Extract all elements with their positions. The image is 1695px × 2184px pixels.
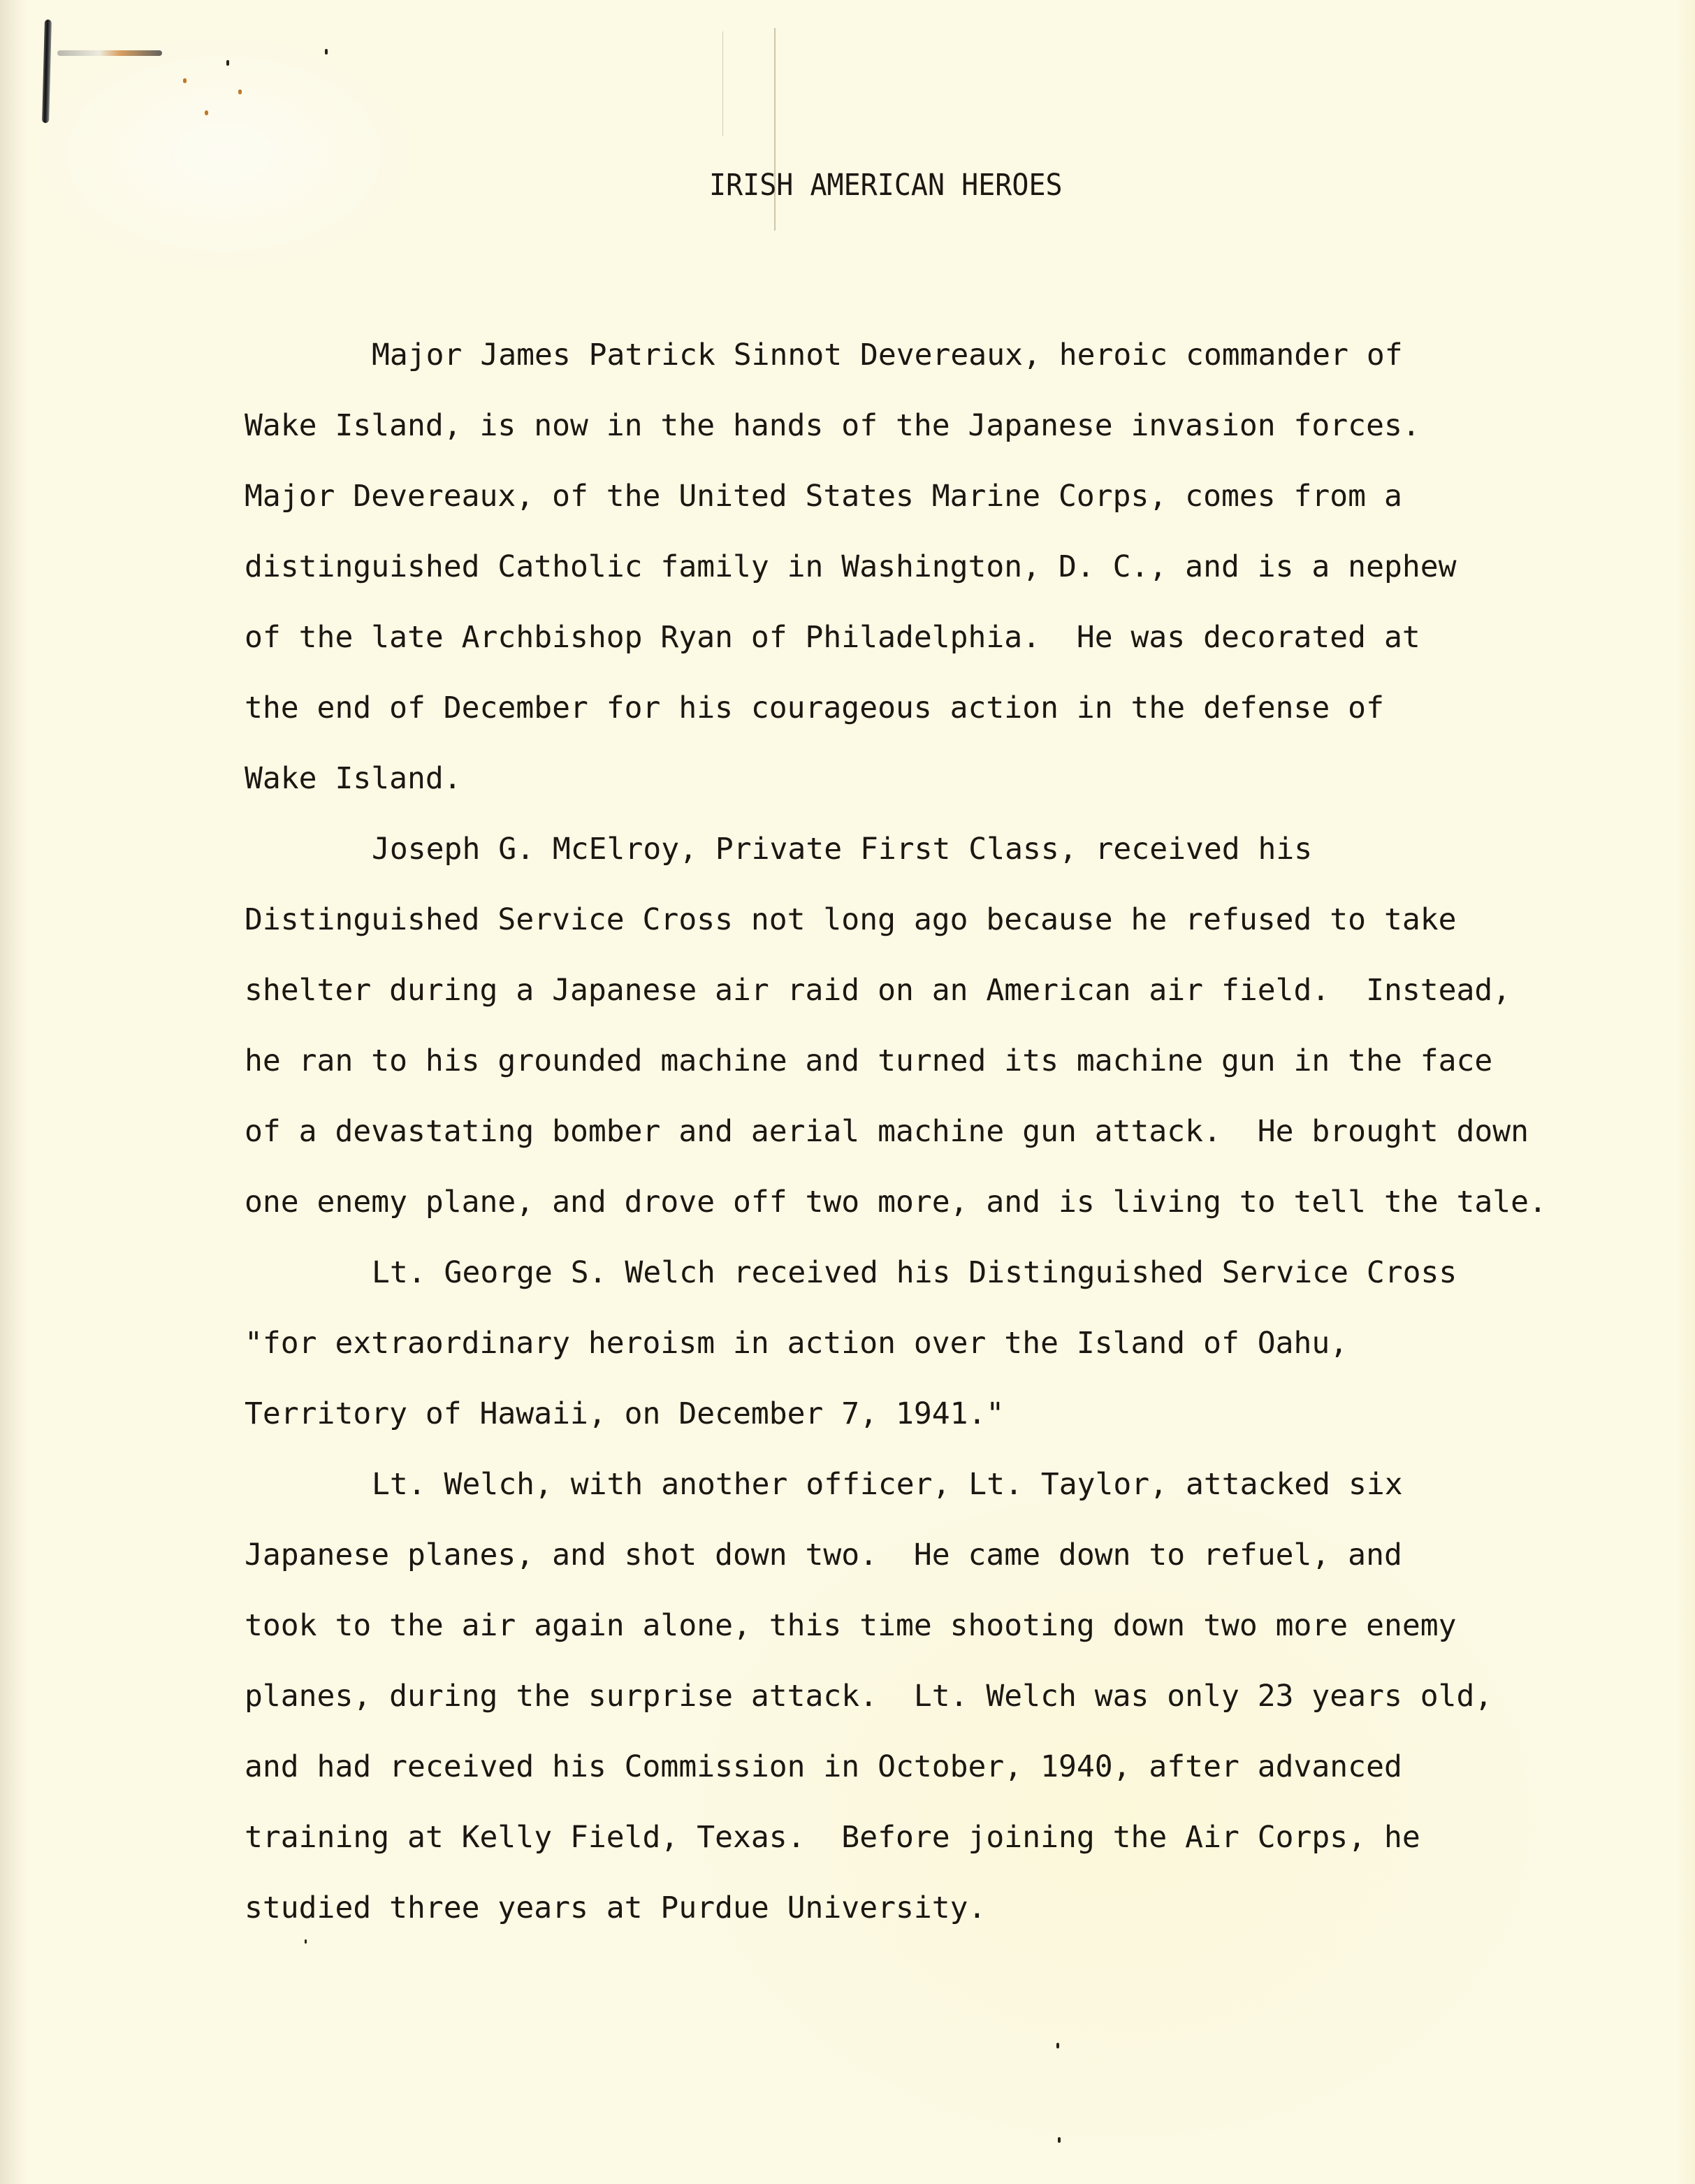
text-line: Lt. Welch, with another officer, Lt. Tay… [245,1463,1607,1534]
staple [42,20,52,123]
text-line: Distinguished Service Cross not long ago… [245,899,1607,969]
staple-hole-mark [57,50,162,56]
text-line: Wake Island. [245,758,1607,828]
rust-spot [205,110,208,115]
text-line: and had received his Commission in Octob… [245,1746,1607,1816]
ink-speck [1056,2043,1059,2048]
text-line: Japanese planes, and shot down two. He c… [245,1534,1607,1605]
text-line: took to the air again alone, this time s… [245,1605,1607,1675]
ink-speck [325,49,328,55]
rust-spot [238,89,242,94]
text-line: Joseph G. McElroy, Private First Class, … [245,828,1607,899]
text-line: planes, during the surprise attack. Lt. … [245,1675,1607,1746]
paragraph-mcelroy: Joseph G. McElroy, Private First Class, … [245,828,1607,1252]
text-line: shelter during a Japanese air raid on an… [245,969,1607,1040]
rust-spot [183,78,187,83]
page-title: IRISH AMERICAN HEROES [709,168,1063,203]
text-line: of a devastating bomber and aerial machi… [245,1111,1607,1181]
text-line: one enemy plane, and drove off two more,… [245,1181,1607,1252]
text-line: Lt. George S. Welch received his Disting… [245,1252,1607,1322]
text-line: Territory of Hawaii, on December 7, 1941… [245,1393,1607,1463]
paragraph-welch-citation: Lt. George S. Welch received his Disting… [245,1252,1607,1463]
text-line: Major Devereaux, of the United States Ma… [245,475,1607,546]
text-line: "for extraordinary heroism in action ove… [245,1322,1607,1393]
paragraph-welch-action: Lt. Welch, with another officer, Lt. Tay… [245,1463,1607,1958]
paper-crease [722,31,723,136]
text-line: of the late Archbishop Ryan of Philadelp… [245,616,1607,687]
text-line: training at Kelly Field, Texas. Before j… [245,1816,1607,1887]
document-body: Major James Patrick Sinnot Devereaux, he… [245,334,1607,1958]
text-line: studied three years at Purdue University… [245,1887,1607,1958]
text-line: Wake Island, is now in the hands of the … [245,405,1607,475]
text-line: Major James Patrick Sinnot Devereaux, he… [245,334,1607,405]
ink-speck [226,60,229,66]
text-line: he ran to his grounded machine and turne… [245,1040,1607,1111]
text-line: distinguished Catholic family in Washing… [245,546,1607,616]
paragraph-devereaux: Major James Patrick Sinnot Devereaux, he… [245,334,1607,828]
ink-speck [1058,2137,1061,2143]
text-line: the end of December for his courageous a… [245,687,1607,758]
